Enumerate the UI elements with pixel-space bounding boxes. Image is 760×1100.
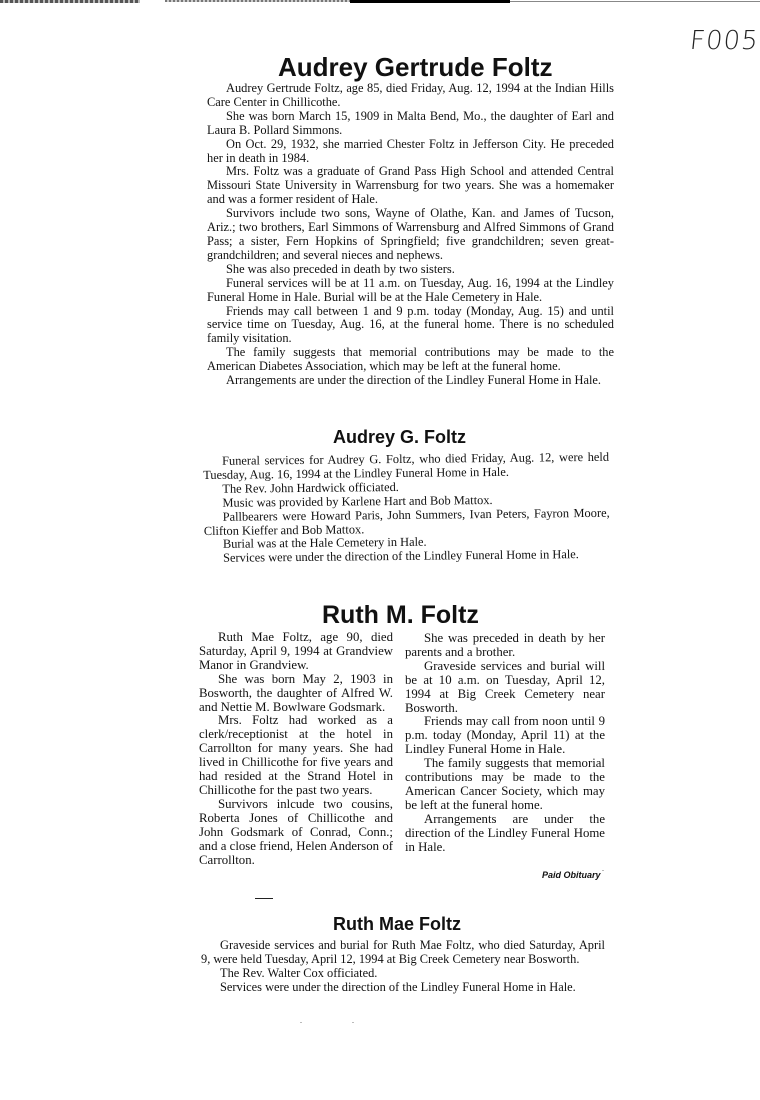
separator-dash (255, 898, 273, 899)
paragraph: Friends may call from noon until 9 p.m. … (405, 715, 605, 757)
paragraph: Mrs. Foltz had worked as a clerk/recepti… (199, 714, 393, 797)
obituary-column-left: Ruth Mae Foltz, age 90, died Saturday, A… (199, 631, 393, 867)
paragraph: She was also preceded in death by two si… (207, 263, 614, 277)
scan-speck (352, 1022, 354, 1023)
paragraph: She was born May 2, 1903 in Bosworth, th… (199, 673, 393, 715)
paragraph: Audrey Gertrude Foltz, age 85, died Frid… (207, 82, 614, 110)
paragraph: Survivors inlcude two cousins, Roberta J… (199, 798, 393, 868)
obituary-body: Graveside services and burial for Ruth M… (201, 939, 605, 995)
obituary-title: Audrey Gertrude Foltz (278, 52, 552, 83)
scan-artifact (350, 0, 510, 3)
obituary-body: Audrey Gertrude Foltz, age 85, died Frid… (207, 82, 614, 388)
paragraph: Arrangements are under the direction of … (405, 813, 605, 855)
paragraph: On Oct. 29, 1932, she married Chester Fo… (207, 138, 614, 166)
paragraph: Pallbearers were Howard Paris, John Summ… (204, 506, 610, 538)
scan-speck (602, 870, 604, 871)
obituary-column-right: She was preceded in death by her parents… (405, 632, 605, 855)
paragraph: The family suggests that memorial contri… (405, 757, 605, 813)
paragraph: Graveside services and burial for Ruth M… (201, 939, 605, 967)
paragraph: The family suggests that memorial contri… (207, 346, 614, 374)
paragraph: She was born March 15, 1909 in Malta Ben… (207, 110, 614, 138)
paragraph: She was preceded in death by her parents… (405, 632, 605, 660)
scan-top-edge (0, 0, 760, 3)
obituary-title: Ruth Mae Foltz (333, 914, 461, 935)
paragraph: Services were under the direction of the… (204, 548, 610, 566)
scan-artifact (510, 1, 760, 2)
handwritten-annotation: F005 (688, 26, 760, 56)
paragraph: Services were under the direction of the… (201, 981, 605, 995)
paragraph: Arrangements are under the direction of … (207, 374, 614, 388)
paragraph: The Rev. Walter Cox officiated. (201, 967, 605, 981)
obituary-title: Ruth M. Foltz (322, 601, 479, 630)
paragraph: Survivors include two sons, Wayne of Ola… (207, 207, 614, 263)
scan-artifact (165, 0, 350, 2)
paragraph: Ruth Mae Foltz, age 90, died Saturday, A… (199, 631, 393, 673)
scan-artifact (0, 0, 140, 3)
scan-speck (300, 1022, 302, 1023)
obituary-title: Audrey G. Foltz (333, 427, 466, 448)
paid-obituary-label: Paid Obituary (542, 870, 601, 880)
paragraph: Funeral services for Audrey G. Foltz, wh… (203, 451, 609, 483)
paragraph: Mrs. Foltz was a graduate of Grand Pass … (207, 165, 614, 207)
paragraph: Graveside services and burial will be at… (405, 660, 605, 716)
obituary-body: Funeral services for Audrey G. Foltz, wh… (203, 451, 610, 566)
paragraph: Funeral services will be at 11 a.m. on T… (207, 277, 614, 305)
paragraph: Friends may call between 1 and 9 p.m. to… (207, 305, 614, 347)
